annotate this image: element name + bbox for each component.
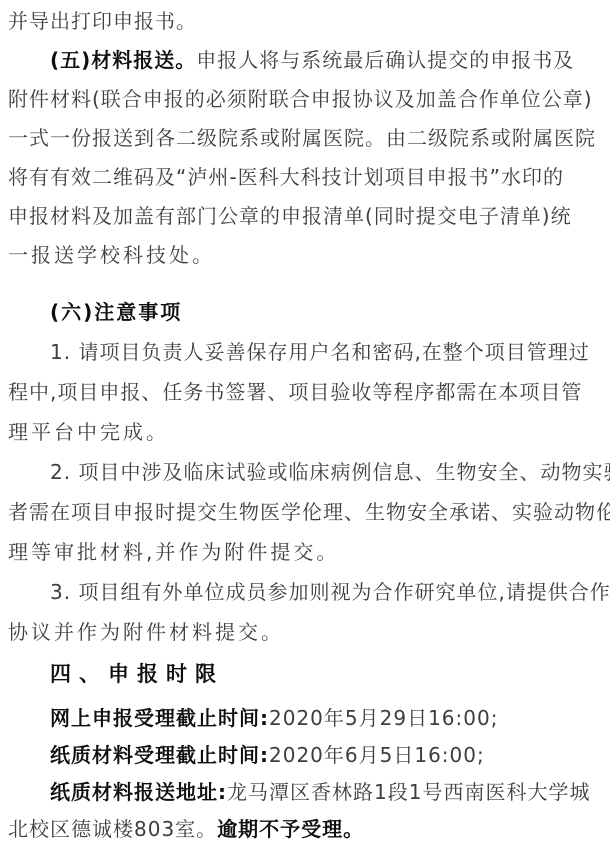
paragraph-line: 并导出打印申报书。: [8, 2, 602, 41]
body-text: 者需在项目申报时提交生物医学伦理、生物安全承诺、实验动物伦: [8, 500, 610, 524]
online-deadline-line: 网上申报受理截止时间:2020年5月29日16:00;: [8, 700, 602, 737]
document-page: 并导出打印申报书。 (五)材料报送。申报人将与系统最后确认提交的申报书及 附件材…: [0, 0, 610, 846]
paragraph-line: 申报材料及加盖有部门公章的申报清单(同时提交电子清单)统: [8, 197, 602, 236]
body-text: 协议并作为附件材料提交。: [8, 620, 284, 644]
body-text: 附件材料(联合申报的必须附联合申报协议及加盖合作单位公章): [8, 87, 593, 111]
paragraph-line: 附件材料(联合申报的必须附联合申报协议及加盖合作单位公章): [8, 80, 602, 119]
body-text: 一式一份报送到各二级院系或附属医院。由二级院系或附属医院: [8, 126, 596, 150]
note-item-2-line: 2. 项目中涉及临床试验或临床病例信息、生物安全、动物实验: [8, 452, 602, 492]
address-continuation-line: 北校区德诚楼803室。逾期不予受理。: [8, 811, 602, 846]
body-text: 将有有效二维码及“泸州-医科大科技计划项目申报书”水印的: [8, 165, 564, 189]
paragraph-line: 者需在项目申报时提交生物医学伦理、生物安全承诺、实验动物伦: [8, 492, 602, 532]
overdue-warning: 逾期不予受理。: [217, 817, 364, 841]
section-6-heading-line: (六)注意事项: [8, 293, 602, 332]
paper-deadline-value: 2020年6月5日16:00;: [269, 743, 485, 767]
body-text: 3. 项目组有外单位成员参加则视为合作研究单位,请提供合作: [50, 580, 610, 604]
section-4-title: 四、申报时限: [50, 662, 224, 686]
paper-deadline-label: 纸质材料受理截止时间:: [50, 743, 269, 767]
body-text: 2. 项目中涉及临床试验或临床病例信息、生物安全、动物实验: [50, 460, 610, 484]
paragraph-line: 将有有效二维码及“泸州-医科大科技计划项目申报书”水印的: [8, 158, 602, 197]
body-text: 申报材料及加盖有部门公章的申报清单(同时提交电子清单)统: [8, 204, 572, 228]
paragraph-line: 协议并作为附件材料提交。: [8, 612, 602, 652]
section-6-heading: (六)注意事项: [50, 300, 182, 324]
delivery-address-value: 龙马潭区香林路1段1号西南医科大学城: [227, 780, 590, 804]
body-text: 程中,项目申报、任务书签署、项目验收等程序都需在本项目管: [8, 380, 582, 404]
address-continuation: 北校区德诚楼803室。: [8, 817, 217, 841]
section-4-title-line: 四、申报时限: [8, 654, 602, 694]
note-item-3-line: 3. 项目组有外单位成员参加则视为合作研究单位,请提供合作: [8, 572, 602, 612]
note-item-1-line: 1. 请项目负责人妥善保存用户名和密码,在整个项目管理过: [8, 332, 602, 372]
section-5-heading: (五)材料报送。: [50, 48, 196, 72]
paragraph-line: 程中,项目申报、任务书签署、项目验收等程序都需在本项目管: [8, 372, 602, 412]
body-text: 并导出打印申报书。: [8, 9, 197, 33]
paragraph-line: 一式一份报送到各二级院系或附属医院。由二级院系或附属医院: [8, 119, 602, 158]
paragraph-line: 理平台中完成。: [8, 412, 602, 452]
section-5-heading-line: (五)材料报送。申报人将与系统最后确认提交的申报书及: [8, 41, 602, 80]
paper-deadline-line: 纸质材料受理截止时间:2020年6月5日16:00;: [8, 737, 602, 774]
body-text: 理平台中完成。: [8, 420, 169, 444]
body-text: 申报人将与系统最后确认提交的申报书及: [196, 48, 574, 72]
delivery-address-line: 纸质材料报送地址:龙马潭区香林路1段1号西南医科大学城: [8, 774, 602, 811]
body-text: 一报送学校科技处。: [8, 243, 215, 267]
body-text: 1. 请项目负责人妥善保存用户名和密码,在整个项目管理过: [50, 340, 590, 364]
delivery-address-label: 纸质材料报送地址:: [50, 780, 227, 804]
online-deadline-value: 2020年5月29日16:00;: [269, 706, 498, 730]
paragraph-line: 一报送学校科技处。: [8, 236, 602, 275]
body-text: 理等审批材料,并作为附件提交。: [8, 540, 339, 564]
paragraph-line: 理等审批材料,并作为附件提交。: [8, 532, 602, 572]
online-deadline-label: 网上申报受理截止时间:: [50, 706, 269, 730]
